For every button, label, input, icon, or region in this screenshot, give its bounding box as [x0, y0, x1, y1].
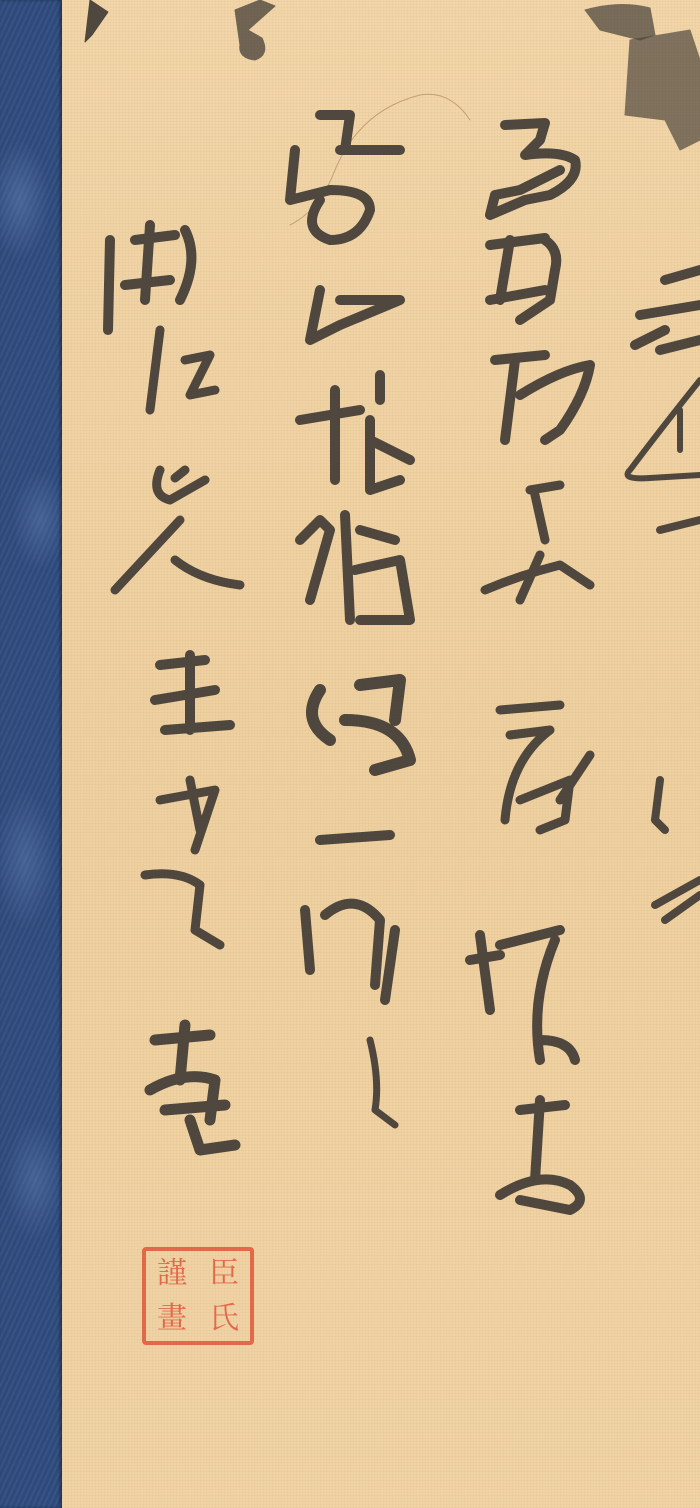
seal-char: 氏 [198, 1296, 250, 1341]
calligraphy-ink [0, 0, 700, 1508]
seal-char: 畫 [146, 1296, 198, 1341]
seal-char: 謹 [146, 1251, 198, 1296]
red-artist-seal: 謹 臣 畫 氏 [142, 1247, 254, 1345]
seal-char: 臣 [198, 1251, 250, 1296]
